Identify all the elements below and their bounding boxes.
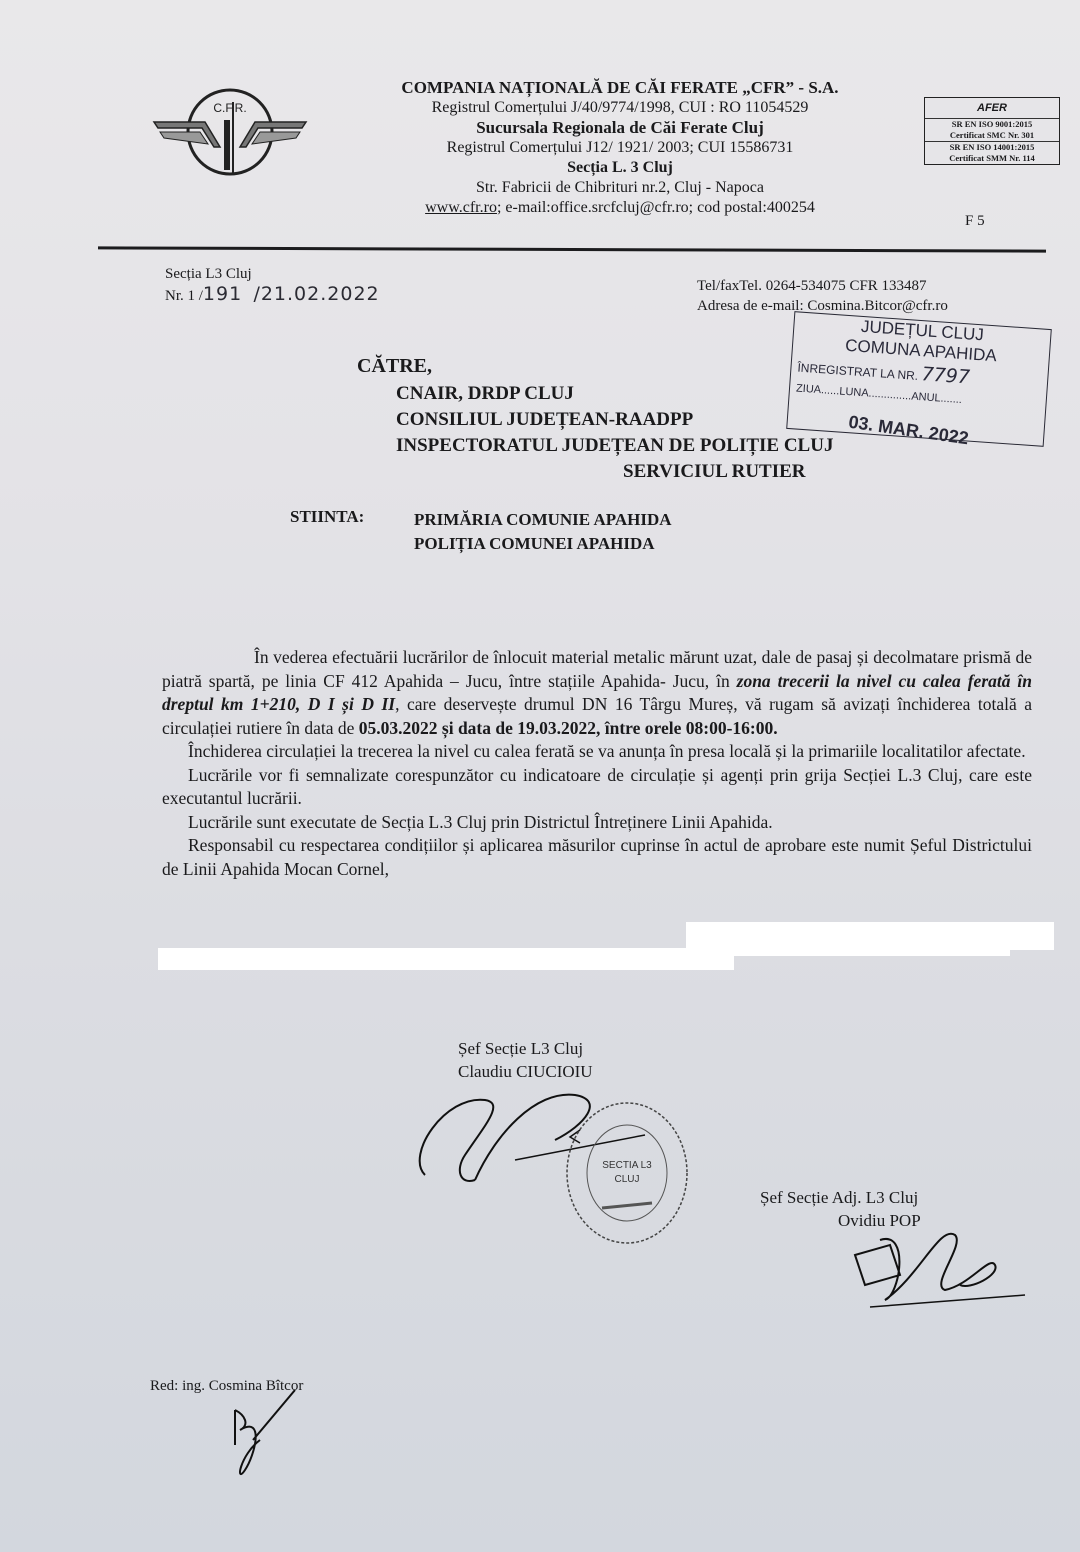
official-seal-icon: SECTIA L3 CLUJ bbox=[562, 1098, 692, 1248]
redaction-box bbox=[686, 922, 1054, 950]
cert-line: Certificat SMM Nr. 114 bbox=[925, 153, 1059, 164]
contact-line: www.cfr.ro; e-mail:office.srcfcluj@cfr.r… bbox=[360, 198, 880, 218]
deputy-title: Șef Secție Adj. L3 Cluj bbox=[760, 1186, 921, 1209]
paragraph-responsible: Responsabil cu respectarea condițiilor ș… bbox=[162, 834, 1032, 881]
letterhead: COMPANIA NAȚIONALĂ DE CĂI FERATE „CFR” -… bbox=[360, 78, 880, 218]
recipient: CONSILIUL JUDEȚEAN-RAADPP bbox=[396, 407, 833, 433]
recipients-label: CĂTRE, bbox=[357, 355, 432, 378]
paragraph-signaling: Lucrările vor fi semnalizate corespunzăt… bbox=[162, 764, 1032, 811]
recipient: CNAIR, DRDP CLUJ bbox=[396, 381, 833, 407]
redaction-box bbox=[158, 948, 734, 970]
website-link[interactable]: www.cfr.ro bbox=[425, 199, 497, 216]
svg-text:SECTIA L3: SECTIA L3 bbox=[602, 1160, 652, 1171]
chief-name: Claudiu CIUCIOIU bbox=[458, 1060, 593, 1083]
recipients-list: CNAIR, DRDP CLUJ CONSILIUL JUDEȚEAN-RAAD… bbox=[396, 381, 833, 485]
address: Str. Fabricii de Chibrituri nr.2, Cluj -… bbox=[360, 178, 880, 198]
paragraph-executor: Lucrările sunt executate de Secția L.3 C… bbox=[162, 811, 1032, 835]
paragraph-request: În vederea efectuării lucrărilor de înlo… bbox=[162, 646, 1032, 740]
company-name: COMPANIA NAȚIONALĂ DE CĂI FERATE „CFR” -… bbox=[360, 78, 880, 98]
reference-date: /21.02.2022 bbox=[253, 283, 379, 305]
form-code: F 5 bbox=[965, 213, 985, 230]
stamp-reg-number: 7797 bbox=[921, 363, 971, 388]
cfr-logo: C.F.R. bbox=[150, 82, 310, 182]
reference-nr-label: Nr. 1 / bbox=[165, 288, 203, 304]
letter-body: În vederea efectuării lucrărilor de înlo… bbox=[162, 646, 1032, 881]
cert-line: SR EN ISO 9001:2015 bbox=[925, 118, 1059, 130]
section-name: Secția L. 3 Cluj bbox=[360, 158, 880, 178]
cfr-winged-logo-icon: C.F.R. bbox=[150, 82, 310, 182]
reference-dept: Secția L3 Cluj bbox=[165, 264, 380, 284]
contact-block: Tel/faxTel. 0264-534075 CFR 133487 Adres… bbox=[697, 276, 948, 316]
svg-text:C.F.R.: C.F.R. bbox=[213, 101, 246, 115]
header-divider bbox=[98, 246, 1046, 252]
certification-box: AFER SR EN ISO 9001:2015 Certificat SMC … bbox=[924, 97, 1060, 165]
cert-line: Certificat SMC Nr. 301 bbox=[925, 130, 1059, 141]
branch-registry: Registrul Comerțului J12/ 1921/ 2003; CU… bbox=[360, 138, 880, 158]
reference-number: 191 bbox=[203, 283, 242, 305]
redaction-box bbox=[734, 948, 1010, 956]
reference-block: Secția L3 Cluj Nr. 1 /191 /21.02.2022 bbox=[165, 264, 380, 306]
deputy-signature-icon bbox=[850, 1215, 1030, 1310]
recipient: INSPECTORATUL JUDEȚEAN DE POLIȚIE CLUJ bbox=[396, 433, 833, 459]
drafter-signature-icon bbox=[225, 1385, 305, 1480]
cc-list: PRIMĂRIA COMUNIE APAHIDA POLIȚIA COMUNEI… bbox=[414, 508, 672, 556]
afer-logo: AFER bbox=[925, 98, 1059, 118]
cc-recipient: POLIȚIA COMUNEI APAHIDA bbox=[414, 532, 672, 556]
cert-line: SR EN ISO 14001:2015 bbox=[925, 141, 1059, 153]
chief-signature-block: Șef Secție L3 Cluj Claudiu CIUCIOIU bbox=[458, 1037, 593, 1083]
cc-recipient: PRIMĂRIA COMUNIE APAHIDA bbox=[414, 508, 672, 532]
recipient: SERVICIUL RUTIER bbox=[396, 459, 833, 485]
company-registry: Registrul Comerțului J/40/9774/1998, CUI… bbox=[360, 98, 880, 118]
cc-label: STIINTA: bbox=[290, 507, 364, 527]
phone: Tel/faxTel. 0264-534075 CFR 133487 bbox=[697, 276, 948, 296]
svg-text:CLUJ: CLUJ bbox=[614, 1174, 639, 1185]
branch-name: Sucursala Regionala de Căi Ferate Cluj bbox=[360, 118, 880, 138]
chief-title: Șef Secție L3 Cluj bbox=[458, 1037, 593, 1060]
paragraph-announcement: Închiderea circulației la trecerea la ni… bbox=[162, 740, 1032, 764]
